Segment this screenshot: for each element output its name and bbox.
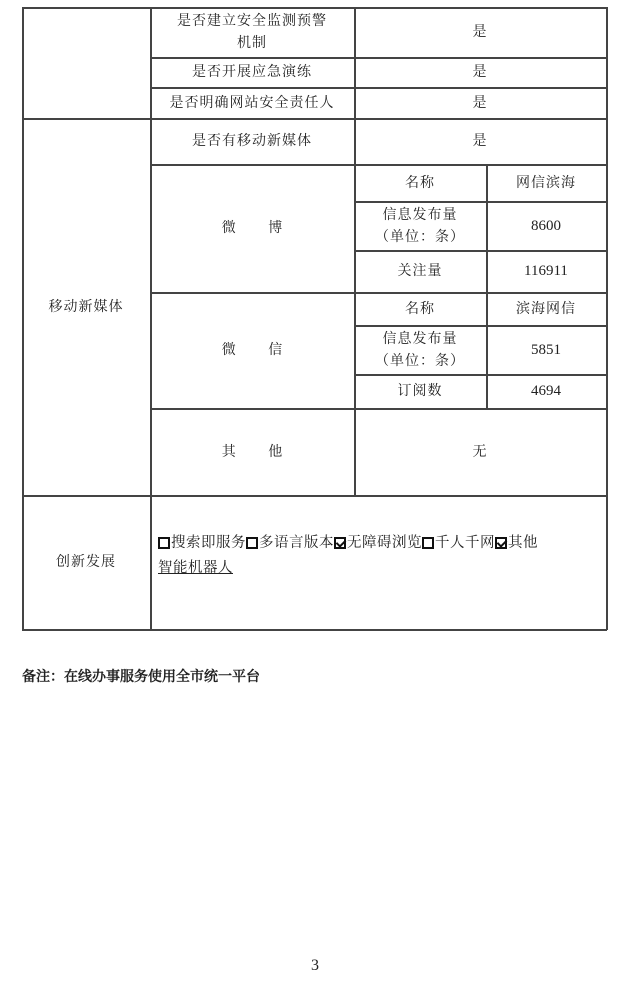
security-monitoring-value: 是 xyxy=(354,7,606,57)
has-mobile-media-label: 是否有移动新媒体 xyxy=(150,118,354,164)
option-label: 多语言版本 xyxy=(259,535,334,551)
weibo-followers-value: 116911 xyxy=(486,250,606,292)
label-line: 信息发布量 xyxy=(383,328,458,350)
checkbox-checked-icon[interactable] xyxy=(495,537,507,549)
option-label: 其他 xyxy=(508,535,538,551)
security-owner-value: 是 xyxy=(354,87,606,118)
checkbox-unchecked-icon[interactable] xyxy=(246,537,258,549)
emergency-drill-value: 是 xyxy=(354,57,606,87)
label-line: （单位：条） xyxy=(375,226,465,248)
wechat-posts-label: 信息发布量 （单位：条） xyxy=(354,325,486,374)
other-media-label: 其 他 xyxy=(150,408,354,495)
option-label: 搜索即服务 xyxy=(171,535,246,551)
option-other[interactable]: 其他 xyxy=(495,535,538,551)
option-accessibility[interactable]: 无障碍浏览 xyxy=(334,535,422,551)
weibo-name-value: 网信滨海 xyxy=(486,164,606,201)
label-line: 信息发布量 xyxy=(383,204,458,226)
label-line: 机制 xyxy=(237,32,267,54)
option-label: 千人千网 xyxy=(435,535,495,551)
weibo-label: 微 博 xyxy=(150,164,354,292)
wechat-name-value: 滨海网信 xyxy=(486,292,606,325)
other-media-value: 无 xyxy=(354,408,606,495)
option-multilingual[interactable]: 多语言版本 xyxy=(246,535,334,551)
security-owner-label: 是否明确网站安全责任人 xyxy=(150,87,354,118)
weibo-posts-value: 8600 xyxy=(486,201,606,250)
security-monitoring-label: 是否建立安全监测预警 机制 xyxy=(150,7,354,57)
option-personalized[interactable]: 千人千网 xyxy=(422,535,495,551)
option-label: 无障碍浏览 xyxy=(347,535,422,551)
page-number: 3 xyxy=(0,957,630,975)
checkbox-unchecked-icon[interactable] xyxy=(422,537,434,549)
wechat-name-label: 名称 xyxy=(354,292,486,325)
wechat-subscribers-value: 4694 xyxy=(486,374,606,408)
wechat-posts-value: 5851 xyxy=(486,325,606,374)
weibo-name-label: 名称 xyxy=(354,164,486,201)
label-line: 是否建立安全监测预警 xyxy=(177,10,327,32)
checkbox-checked-icon[interactable] xyxy=(334,537,346,549)
label-line: （单位：条） xyxy=(375,350,465,372)
emergency-drill-label: 是否开展应急演练 xyxy=(150,57,354,87)
footnote: 备注：在线办事服务使用全市统一平台 xyxy=(22,666,260,686)
has-mobile-media-value: 是 xyxy=(354,118,606,164)
option-search-service[interactable]: 搜索即服务 xyxy=(158,535,246,551)
checkbox-unchecked-icon[interactable] xyxy=(158,537,170,549)
wechat-subscribers-label: 订阅数 xyxy=(354,374,486,408)
wechat-label: 微 信 xyxy=(150,292,354,408)
other-innovation-value: 智能机器人 xyxy=(158,560,233,576)
mobile-media-section-label: 移动新媒体 xyxy=(22,118,150,495)
innovation-options: 搜索即服务多语言版本无障碍浏览千人千网其他 智能机器人 xyxy=(158,531,608,581)
weibo-followers-label: 关注量 xyxy=(354,250,486,292)
innovation-section-label: 创新发展 xyxy=(22,495,150,629)
weibo-posts-label: 信息发布量 （单位：条） xyxy=(354,201,486,250)
